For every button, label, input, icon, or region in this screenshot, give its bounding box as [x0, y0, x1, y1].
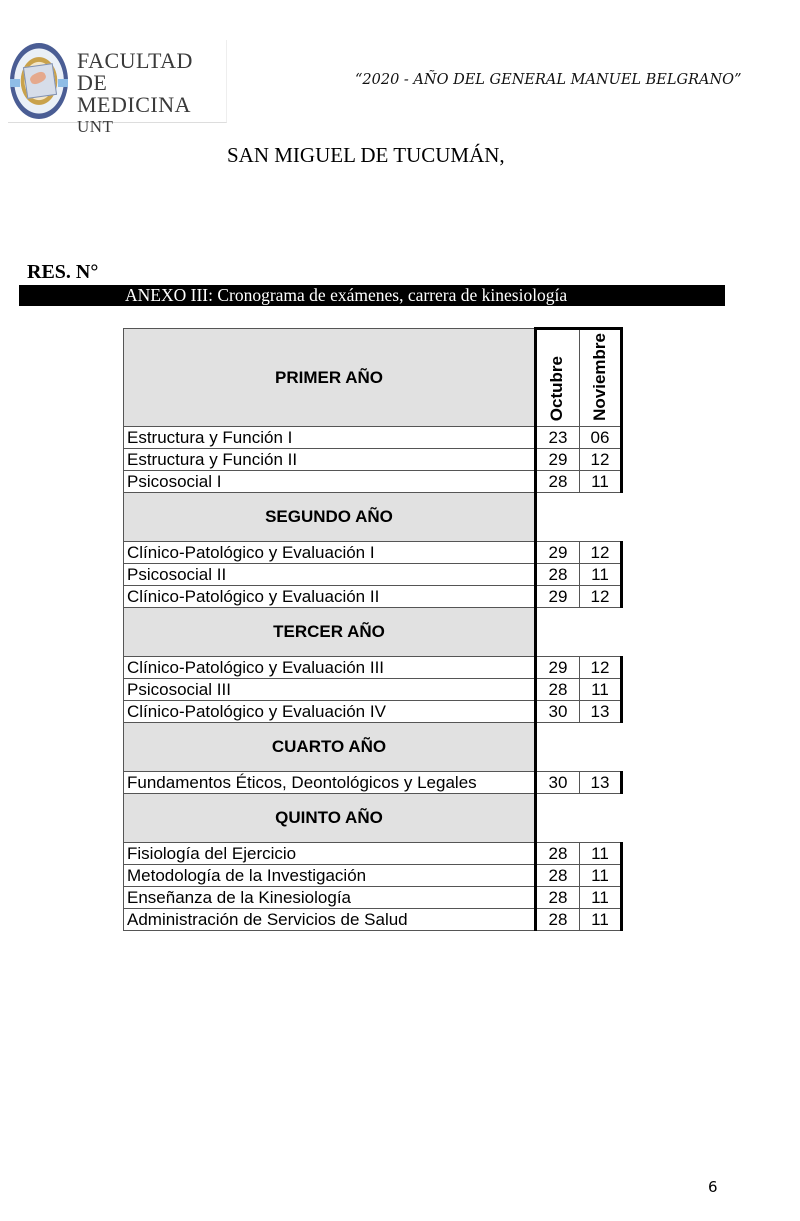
subject-name: Psicosocial I: [124, 471, 536, 493]
section-blank-cell: [536, 493, 622, 542]
section-header-row: CUARTO AÑO: [124, 723, 622, 772]
octubre-date: 29: [536, 657, 580, 679]
octubre-date: 28: [536, 887, 580, 909]
column-label-octubre: Octubre: [537, 356, 577, 421]
noviembre-date: 11: [580, 887, 622, 909]
table-row: Metodología de la Investigación2811: [124, 865, 622, 887]
noviembre-date: 12: [580, 542, 622, 564]
subject-name: Clínico-Patológico y Evaluación IV: [124, 701, 536, 723]
octubre-date: 28: [536, 564, 580, 586]
resolution-label: RES. N°: [27, 261, 98, 284]
noviembre-date: 12: [580, 449, 622, 471]
octubre-date: 30: [536, 772, 580, 794]
annex-title: ANEXO III: Cronograma de exámenes, carre…: [125, 285, 567, 305]
noviembre-date: 11: [580, 564, 622, 586]
octubre-date: 28: [536, 909, 580, 931]
subject-name: Estructura y Función II: [124, 449, 536, 471]
table-row: Administración de Servicios de Salud2811: [124, 909, 622, 931]
exam-schedule-table: PRIMER AÑOOctubreNoviembreEstructura y F…: [123, 327, 623, 931]
table-row: Psicosocial I2811: [124, 471, 622, 493]
table-row: Clínico-Patológico y Evaluación IV3013: [124, 701, 622, 723]
noviembre-date: 12: [580, 657, 622, 679]
subject-name: Fisiología del Ejercicio: [124, 843, 536, 865]
table-row: Estructura y Función I2306: [124, 427, 622, 449]
flag-stripe-right: [58, 79, 68, 87]
table-row: Clínico-Patológico y Evaluación I2912: [124, 542, 622, 564]
octubre-date: 28: [536, 843, 580, 865]
section-header-row: QUINTO AÑO: [124, 794, 622, 843]
annex-title-bar: ANEXO III: Cronograma de exámenes, carre…: [19, 285, 725, 306]
faculty-logo: FACULTAD DE MEDICINA UNT: [8, 40, 227, 123]
logo-line-1: FACULTAD: [77, 50, 226, 72]
subject-name: Enseñanza de la Kinesiología: [124, 887, 536, 909]
octubre-date: 29: [536, 542, 580, 564]
section-header-row: TERCER AÑO: [124, 608, 622, 657]
subject-name: Metodología de la Investigación: [124, 865, 536, 887]
subject-name: Administración de Servicios de Salud: [124, 909, 536, 931]
page-number: 6: [708, 1178, 718, 1196]
section-blank-cell: [536, 723, 622, 772]
logo-text: FACULTAD DE MEDICINA UNT: [77, 50, 226, 138]
column-header-octubre: Octubre: [536, 329, 580, 427]
column-header-noviembre: Noviembre: [580, 329, 622, 427]
section-blank-cell: [536, 608, 622, 657]
city-heading: SAN MIGUEL DE TUCUMÁN,: [227, 143, 505, 168]
noviembre-date: 11: [580, 843, 622, 865]
table-row: Psicosocial II2811: [124, 564, 622, 586]
subject-name: Psicosocial III: [124, 679, 536, 701]
column-label-noviembre: Noviembre: [580, 333, 620, 421]
section-title: QUINTO AÑO: [124, 794, 536, 843]
octubre-date: 23: [536, 427, 580, 449]
octubre-date: 29: [536, 449, 580, 471]
subject-name: Estructura y Función I: [124, 427, 536, 449]
header-motto: “2020 - AÑO DEL GENERAL MANUEL BELGRANO”: [355, 72, 741, 88]
octubre-date: 29: [536, 586, 580, 608]
noviembre-date: 13: [580, 772, 622, 794]
noviembre-date: 11: [580, 865, 622, 887]
subject-name: Psicosocial II: [124, 564, 536, 586]
section-title: TERCER AÑO: [124, 608, 536, 657]
octubre-date: 30: [536, 701, 580, 723]
noviembre-date: 11: [580, 471, 622, 493]
subject-name: Clínico-Patológico y Evaluación II: [124, 586, 536, 608]
section-title: CUARTO AÑO: [124, 723, 536, 772]
university-seal-icon: [10, 43, 68, 119]
table-row: Fisiología del Ejercicio2811: [124, 843, 622, 865]
section-title: PRIMER AÑO: [124, 329, 536, 427]
section-blank-cell: [536, 794, 622, 843]
table-row: Estructura y Función II2912: [124, 449, 622, 471]
flag-stripe-left: [10, 79, 20, 87]
subject-name: Fundamentos Éticos, Deontológicos y Lega…: [124, 772, 536, 794]
subject-name: Clínico-Patológico y Evaluación III: [124, 657, 536, 679]
table-row: Enseñanza de la Kinesiología2811: [124, 887, 622, 909]
octubre-date: 28: [536, 679, 580, 701]
section-header-row: PRIMER AÑOOctubreNoviembre: [124, 329, 622, 427]
section-title: SEGUNDO AÑO: [124, 493, 536, 542]
noviembre-date: 06: [580, 427, 622, 449]
logo-line-3: UNT: [77, 116, 226, 138]
table-row: Psicosocial III2811: [124, 679, 622, 701]
subject-name: Clínico-Patológico y Evaluación I: [124, 542, 536, 564]
logo-line-2: DE MEDICINA: [77, 72, 226, 116]
octubre-date: 28: [536, 471, 580, 493]
noviembre-date: 12: [580, 586, 622, 608]
section-header-row: SEGUNDO AÑO: [124, 493, 622, 542]
table-row: Clínico-Patológico y Evaluación II2912: [124, 586, 622, 608]
noviembre-date: 11: [580, 909, 622, 931]
table-row: Clínico-Patológico y Evaluación III2912: [124, 657, 622, 679]
noviembre-date: 13: [580, 701, 622, 723]
octubre-date: 28: [536, 865, 580, 887]
noviembre-date: 11: [580, 679, 622, 701]
table-row: Fundamentos Éticos, Deontológicos y Lega…: [124, 772, 622, 794]
